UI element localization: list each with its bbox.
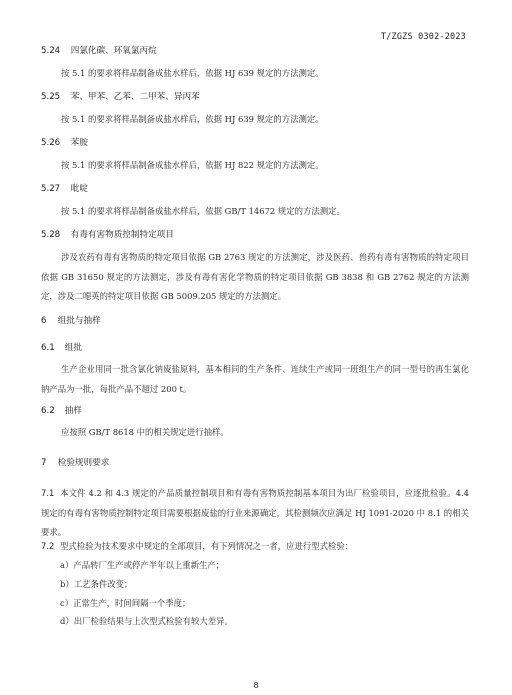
section-number: 5.26 bbox=[41, 138, 68, 148]
section-number: 5.25 bbox=[41, 92, 68, 102]
section-number: 5.27 bbox=[41, 184, 68, 194]
section-body-6-1: 生产企业用同一批含氯化钠废盐原料，基本相同的生产条件、连续生产或同一班组生产的同… bbox=[41, 360, 469, 399]
section-body-5-27: 按 5.1 的要求将样品制备成盐水样后，依据 GB/T 14672 规定的方法测… bbox=[41, 202, 469, 222]
section-body-7-1: 本文件 4.2 和 4.3 规定的产品质量控制项目和有毒有害物质控制基本项目为出… bbox=[41, 488, 469, 537]
section-body-5-24: 按 5.1 的要求将样品制备成盐水样后，依据 HJ 639 规定的方法测定。 bbox=[41, 64, 469, 84]
section-title: 苯胺 bbox=[71, 138, 88, 148]
section-heading-5-25: 5.25 苯、甲苯、乙苯、二甲苯、异丙苯 bbox=[41, 90, 200, 102]
section-7-1: 7.1本文件 4.2 和 4.3 规定的产品质量控制项目和有毒有害物质控制基本项… bbox=[41, 484, 469, 543]
section-body-5-28: 涉及农药有毒有害物质的特定项目依据 GB 2763 规定的方法测定，涉及医药、兽… bbox=[41, 248, 469, 307]
section-body-7-2: 型式检验为技术要求中规定的全部项目，有下列情况之一者，应进行型式检验： bbox=[60, 541, 353, 551]
section-heading-5-24: 5.24 四氯化碳、环氧氯丙烷 bbox=[41, 44, 157, 56]
section-body-6-2: 应按照 GB/T 8618 中的相关规定进行抽样。 bbox=[41, 423, 469, 443]
list-item-a: a）产品转厂生产或停产半年以上重新生产； bbox=[60, 559, 224, 571]
chapter-heading-6: 6 组批与抽样 bbox=[41, 314, 101, 326]
document-id: T/ZGZS 0302-2023 bbox=[381, 32, 466, 42]
section-title: 苯、甲苯、乙苯、二甲苯、异丙苯 bbox=[71, 92, 200, 102]
section-number: 7.1 bbox=[41, 484, 60, 504]
section-7-2: 7.2型式检验为技术要求中规定的全部项目，有下列情况之一者，应进行型式检验： bbox=[41, 540, 353, 552]
section-heading-5-27: 5.27 吡啶 bbox=[41, 182, 88, 194]
section-heading-5-28: 5.28 有毒有害物质控制特定项目 bbox=[41, 228, 174, 240]
section-body-5-25: 按 5.1 的要求将样品制备成盐水样后，依据 HJ 639 规定的方法测定。 bbox=[41, 110, 469, 130]
list-item-b: b）工艺条件改变； bbox=[60, 578, 132, 590]
section-title: 有毒有害物质控制特定项目 bbox=[71, 230, 174, 240]
chapter-number: 7 bbox=[41, 458, 55, 468]
section-heading-6-1: 6.1 组批 bbox=[41, 341, 82, 353]
page-number: 8 bbox=[0, 681, 512, 690]
section-title: 四氯化碳、环氧氯丙烷 bbox=[71, 46, 157, 56]
section-heading-6-2: 6.2 抽样 bbox=[41, 404, 82, 416]
section-body-5-26: 按 5.1 的要求将样品制备成盐水样后，依据 HJ 822 规定的方法测定。 bbox=[41, 156, 469, 176]
section-number: 5.24 bbox=[41, 46, 68, 56]
chapter-number: 6 bbox=[41, 316, 55, 326]
section-title: 组批 bbox=[65, 343, 82, 353]
section-number: 6.1 bbox=[41, 343, 62, 353]
list-item-c: c）正常生产，时间间隔一个季度； bbox=[60, 597, 190, 609]
section-heading-5-26: 5.26 苯胺 bbox=[41, 136, 88, 148]
section-title: 吡啶 bbox=[71, 184, 88, 194]
section-number: 5.28 bbox=[41, 230, 68, 240]
list-item-d: d）出厂检验结果与上次型式检验有较大差异。 bbox=[60, 615, 233, 627]
chapter-title: 组批与抽样 bbox=[58, 316, 101, 326]
chapter-title: 检验规则要求 bbox=[58, 458, 110, 468]
section-title: 抽样 bbox=[65, 406, 82, 416]
section-number: 7.2 bbox=[41, 541, 60, 551]
chapter-heading-7: 7 检验规则要求 bbox=[41, 456, 109, 468]
section-number: 6.2 bbox=[41, 406, 62, 416]
